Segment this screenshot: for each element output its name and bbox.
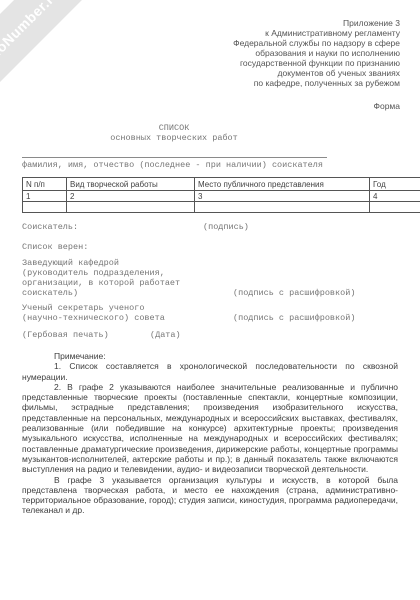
- note-paragraph-1: 1. Список составляется в хронологической…: [22, 361, 398, 382]
- watermark-ribbon: NoNumber.ru: [0, 0, 126, 126]
- header-line: к Административному регламенту: [233, 28, 400, 38]
- document-page: NoNumber.ru Приложение 3 к Административ…: [0, 0, 420, 600]
- title-line-2: основных творческих работ: [22, 133, 326, 143]
- col-header-number: N п/п: [23, 178, 67, 191]
- header-line: Федеральной службы по надзору в сфере: [233, 38, 400, 48]
- cell: 1: [23, 191, 67, 202]
- stamp-label: (Гербовая печать): [22, 330, 109, 340]
- col-header-work-type: Вид творческой работы: [67, 178, 195, 191]
- col-header-year: Год: [370, 178, 420, 191]
- notes-heading: Примечание:: [22, 351, 398, 361]
- table-row: 1 2 3 4: [23, 191, 420, 202]
- date-label: (Дата): [150, 330, 181, 340]
- notes-section: Примечание: 1. Список составляется в хро…: [22, 351, 398, 516]
- signature-label: организации, в которой работает: [22, 278, 180, 288]
- signature-row-head-of-dept-3: организации, в которой работает: [0, 278, 420, 288]
- header-line: государственной функции по признанию: [233, 58, 400, 68]
- note-paragraph-3: В графе 3 указывается организация культу…: [22, 475, 398, 516]
- table-header-row: N п/п Вид творческой работы Место публич…: [23, 178, 420, 191]
- signature-hint: (подпись с расшифровкой): [233, 313, 355, 323]
- signature-row-head-of-dept: Заведующий кафедрой: [0, 258, 420, 268]
- document-title: СПИСОК основных творческих работ: [22, 123, 326, 143]
- title-line-1: СПИСОК: [22, 123, 326, 133]
- signature-row-secretary-2: (научно-технического) совета (подпись с …: [0, 313, 420, 323]
- signature-hint: (подпись с расшифровкой): [233, 288, 355, 298]
- signature-row-applicant: Соискатель: (подпись): [0, 222, 420, 232]
- signature-label: Заведующий кафедрой: [22, 258, 119, 268]
- header-line: Приложение 3: [233, 18, 400, 28]
- col-header-place: Место публичного представления: [195, 178, 370, 191]
- signature-hint: (подпись): [203, 222, 249, 232]
- signature-label: (научно-технического) совета: [22, 313, 165, 323]
- applicant-caption: фамилия, имя, отчество (последнее - при …: [22, 158, 327, 170]
- cell: [23, 202, 67, 213]
- signature-row-list-correct: Список верен:: [0, 242, 420, 252]
- header-line: образования и науки по исполнению: [233, 48, 400, 58]
- watermark-text: NoNumber.ru: [0, 0, 63, 63]
- note-paragraph-2: 2. В графе 2 указываются наиболее значит…: [22, 382, 398, 475]
- signature-label: Список верен:: [22, 242, 88, 252]
- cell: 3: [195, 191, 370, 202]
- appendix-header: Приложение 3 к Административному регламе…: [233, 18, 400, 88]
- form-label: Форма: [374, 101, 401, 111]
- signature-row-head-of-dept-2: (руководитель подразделения,: [0, 268, 420, 278]
- cell: [195, 202, 370, 213]
- signature-row-secretary: Ученый секретарь ученого: [0, 303, 420, 313]
- table-row: [23, 202, 420, 213]
- signature-label: Ученый секретарь ученого: [22, 303, 144, 313]
- signature-label: соискатель): [22, 288, 78, 298]
- cell: 2: [67, 191, 195, 202]
- signature-label: Соискатель:: [22, 222, 78, 232]
- header-line: документов об ученых званиях: [233, 68, 400, 78]
- signature-label: (руководитель подразделения,: [22, 268, 165, 278]
- stamp-date-row: (Гербовая печать) (Дата): [0, 330, 420, 340]
- cell: 4: [370, 191, 420, 202]
- applicant-name-line: фамилия, имя, отчество (последнее - при …: [22, 157, 327, 170]
- works-table: N п/п Вид творческой работы Место публич…: [22, 177, 420, 213]
- header-line: по кафедре, полученных за рубежом: [233, 78, 400, 88]
- cell: [370, 202, 420, 213]
- signature-row-head-of-dept-4: соискатель) (подпись с расшифровкой): [0, 288, 420, 298]
- cell: [67, 202, 195, 213]
